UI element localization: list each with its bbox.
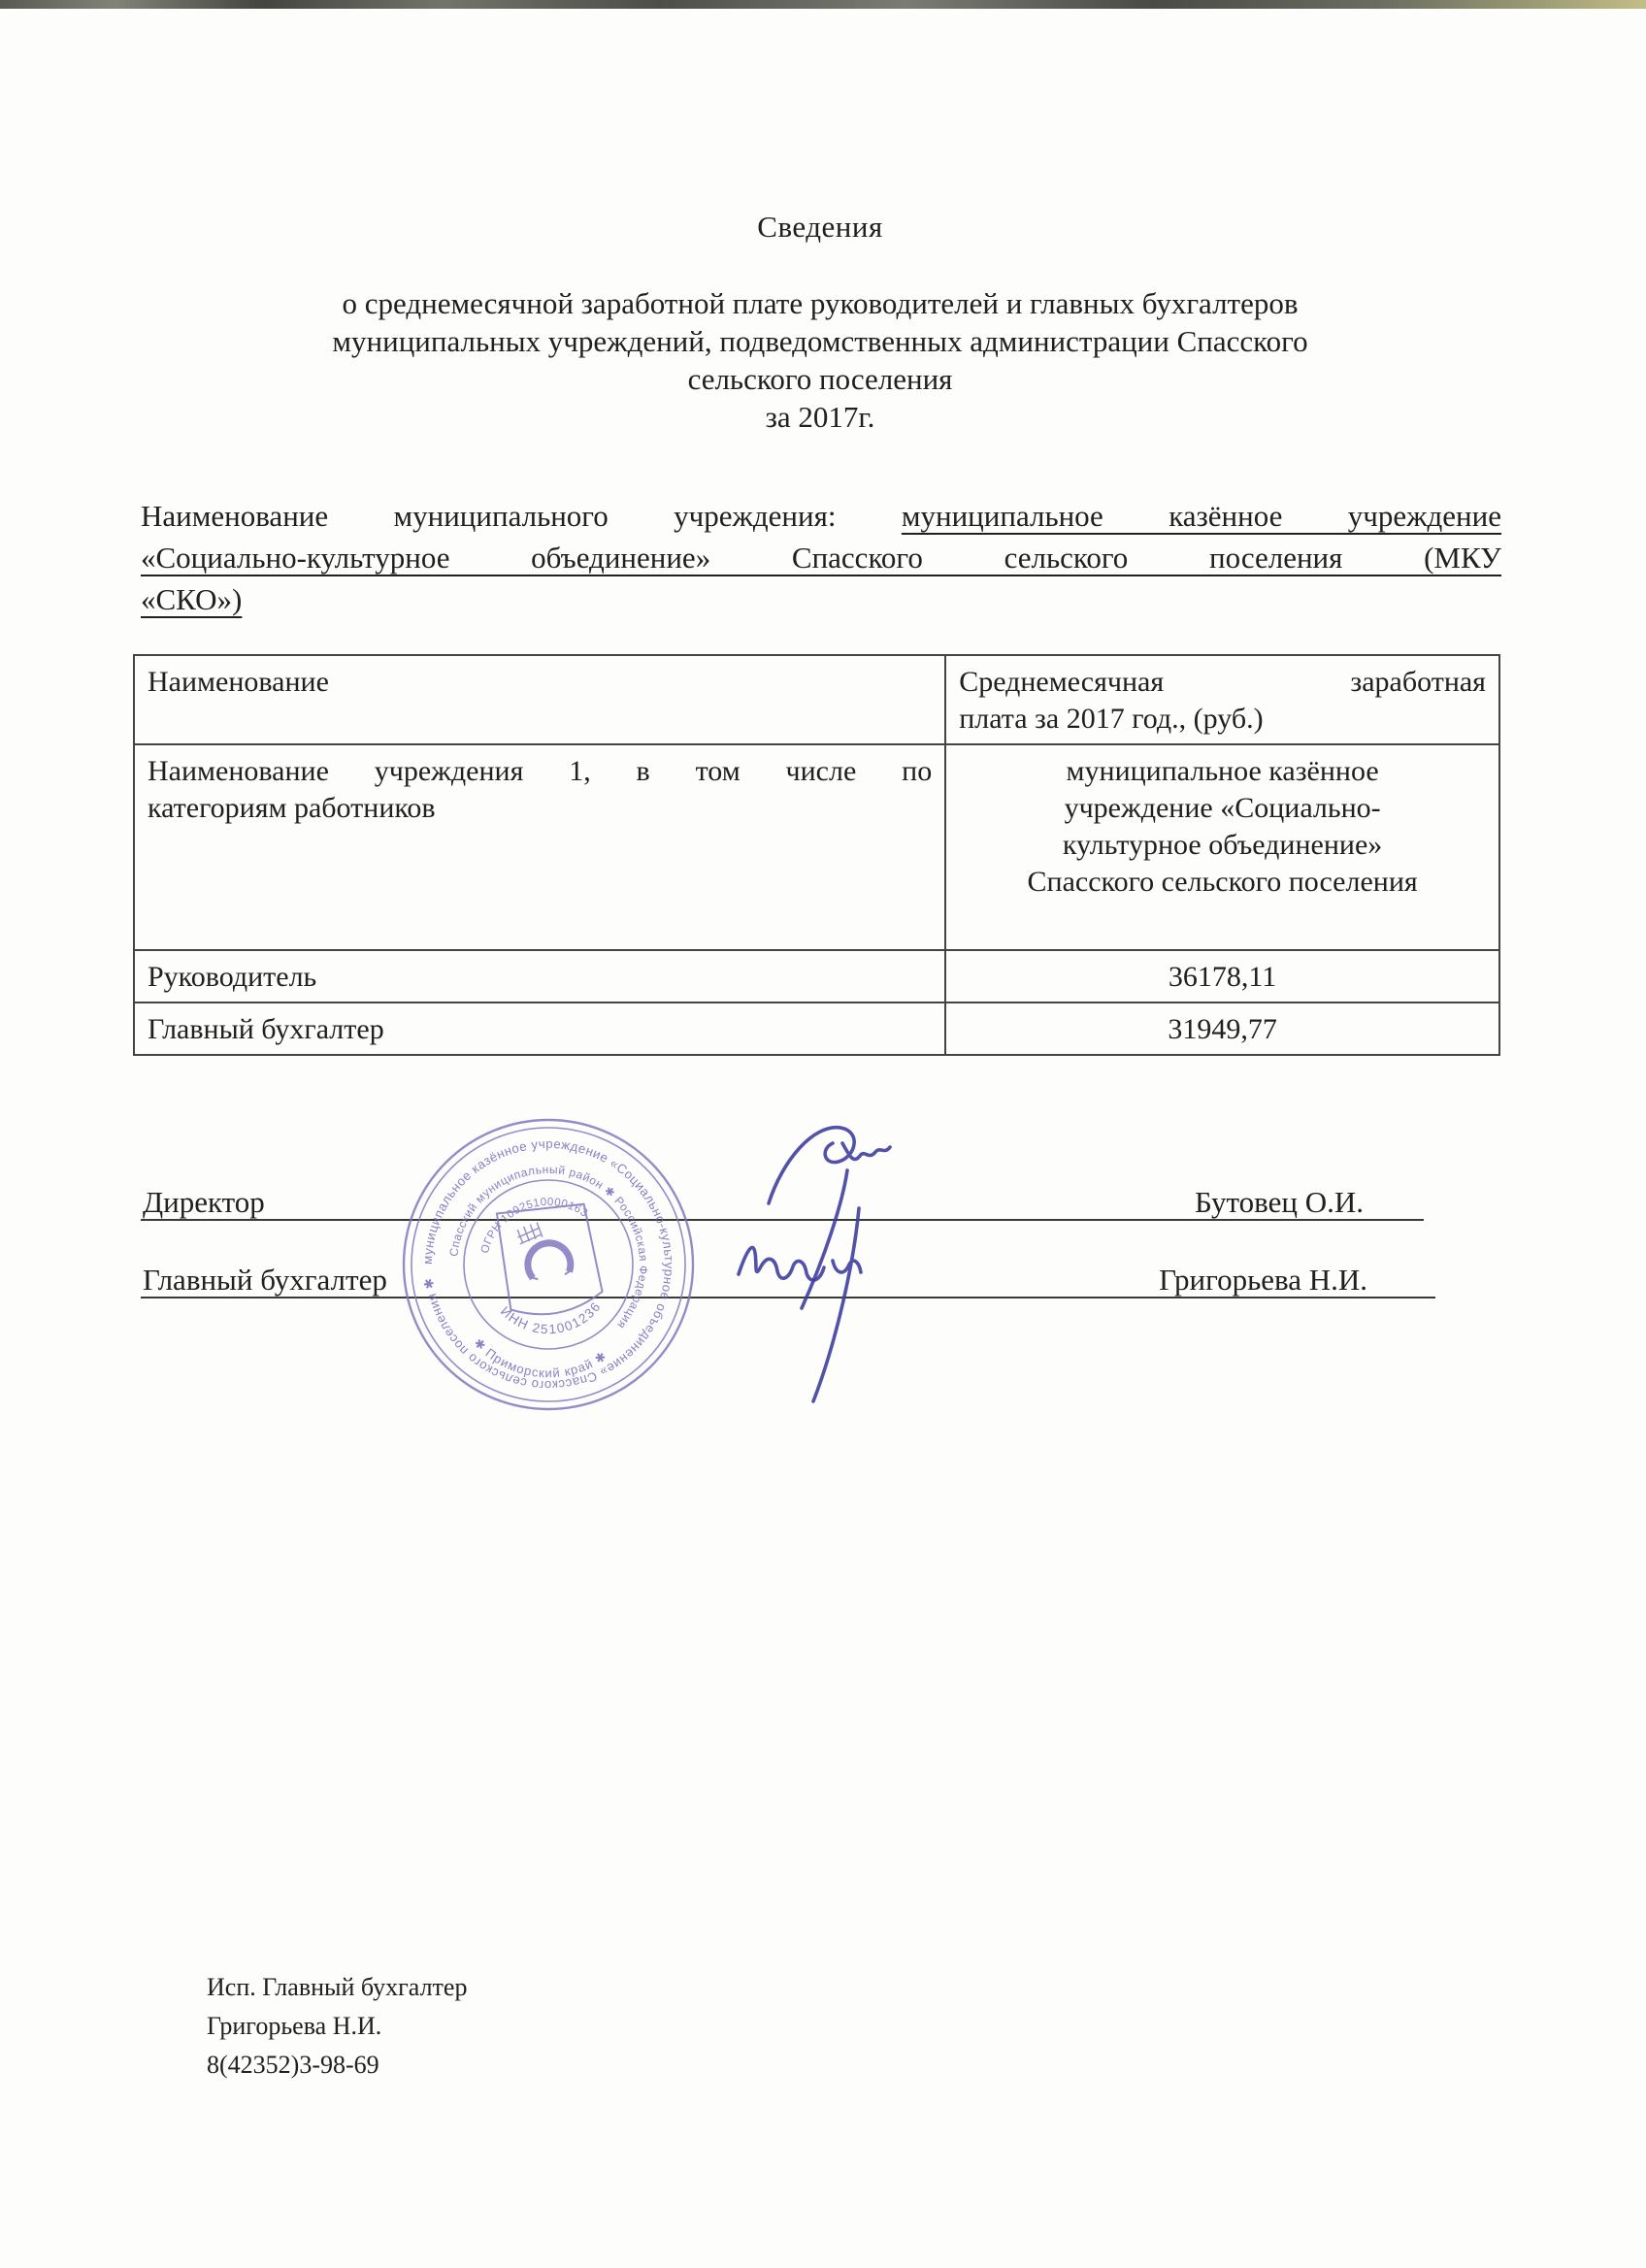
row-label-cell: Руководитель — [134, 950, 945, 1003]
page-title: Сведения — [141, 210, 1499, 245]
horseshoe-icon — [524, 1239, 572, 1278]
table-row: Руководитель 36178,11 — [134, 950, 1499, 1003]
signature-name: Григорьева Н.И. — [1159, 1263, 1367, 1298]
table-header-salary-line: плата за 2017 год., (руб.) — [959, 701, 1486, 738]
scan-edge-artifact — [0, 0, 1646, 9]
official-round-stamp: муниципальное казённое учреждение «Социа… — [398, 1114, 699, 1415]
table-row: Наименование учреждения 1, в том числе п… — [134, 744, 1499, 950]
institution-value: «Социально-культурное объединение» Спасс… — [141, 541, 1501, 575]
table-row: Главный бухгалтер 31949,77 — [134, 1003, 1499, 1055]
institution-value: муниципальное казённое учреждение — [902, 499, 1501, 533]
table-header-row: Наименование Среднемесячная заработная п… — [134, 655, 1499, 744]
institution-value: «СКО») — [141, 582, 242, 616]
row-label-cell: Главный бухгалтер — [134, 1003, 945, 1055]
chief-accountant-signature-ink — [739, 1208, 861, 1401]
subtitle-line: за 2017г. — [141, 398, 1499, 436]
table-header-salary: Среднемесячная заработная плата за 2017 … — [945, 655, 1499, 744]
subtitle-line: о среднемесячной заработной плате руково… — [141, 284, 1499, 322]
document-subtitle: о среднемесячной заработной плате руково… — [141, 284, 1499, 436]
row-value-cell: 31949,77 — [945, 1003, 1499, 1055]
director-signature-ink — [769, 1128, 890, 1308]
institution-label: Наименование муниципального учреждения: — [141, 499, 836, 533]
row-value-cell: 36178,11 — [945, 950, 1499, 1003]
document-page: Сведения о среднемесячной заработной пла… — [0, 0, 1646, 2268]
institution-line: «Социально-культурное объединение» Спасс… — [141, 537, 1501, 578]
footer-line: Исп. Главный бухгалтер — [207, 1968, 789, 2007]
row-value-cell: муниципальное казённое учреждение «Социа… — [945, 744, 1499, 950]
row-label-cell: Наименование учреждения 1, в том числе п… — [134, 744, 945, 950]
executor-footer: Исп. Главный бухгалтер Григорьева Н.И. 8… — [207, 1968, 789, 2085]
subtitle-line: сельского поселения — [141, 360, 1499, 398]
footer-line: 8(42352)3-98-69 — [207, 2046, 789, 2085]
table-header-salary-line: Среднемесячная заработная — [959, 664, 1486, 701]
signature-role: Директор — [143, 1185, 265, 1220]
footer-line: Григорьева Н.И. — [207, 2007, 789, 2046]
institution-line: Наименование муниципального учреждения: … — [141, 495, 1501, 537]
row-label-line: Наименование учреждения 1, в том числе п… — [148, 753, 932, 790]
handwritten-signatures — [679, 1087, 990, 1417]
institution-name-paragraph: Наименование муниципального учреждения: … — [141, 495, 1501, 620]
signature-name: Бутовец О.И. — [1195, 1185, 1364, 1220]
subtitle-line: муниципальных учреждений, подведомственн… — [141, 322, 1499, 360]
signature-role: Главный бухгалтер — [143, 1263, 387, 1298]
row-label-line: категориям работников — [148, 790, 932, 827]
stamp-middle-text: Спасский муниципальный район ✱ Российска… — [446, 1163, 650, 1331]
institution-line: «СКО») — [141, 578, 1501, 620]
salary-table: Наименование Среднемесячная заработная п… — [133, 654, 1500, 1056]
table-header-name: Наименование — [134, 655, 945, 744]
